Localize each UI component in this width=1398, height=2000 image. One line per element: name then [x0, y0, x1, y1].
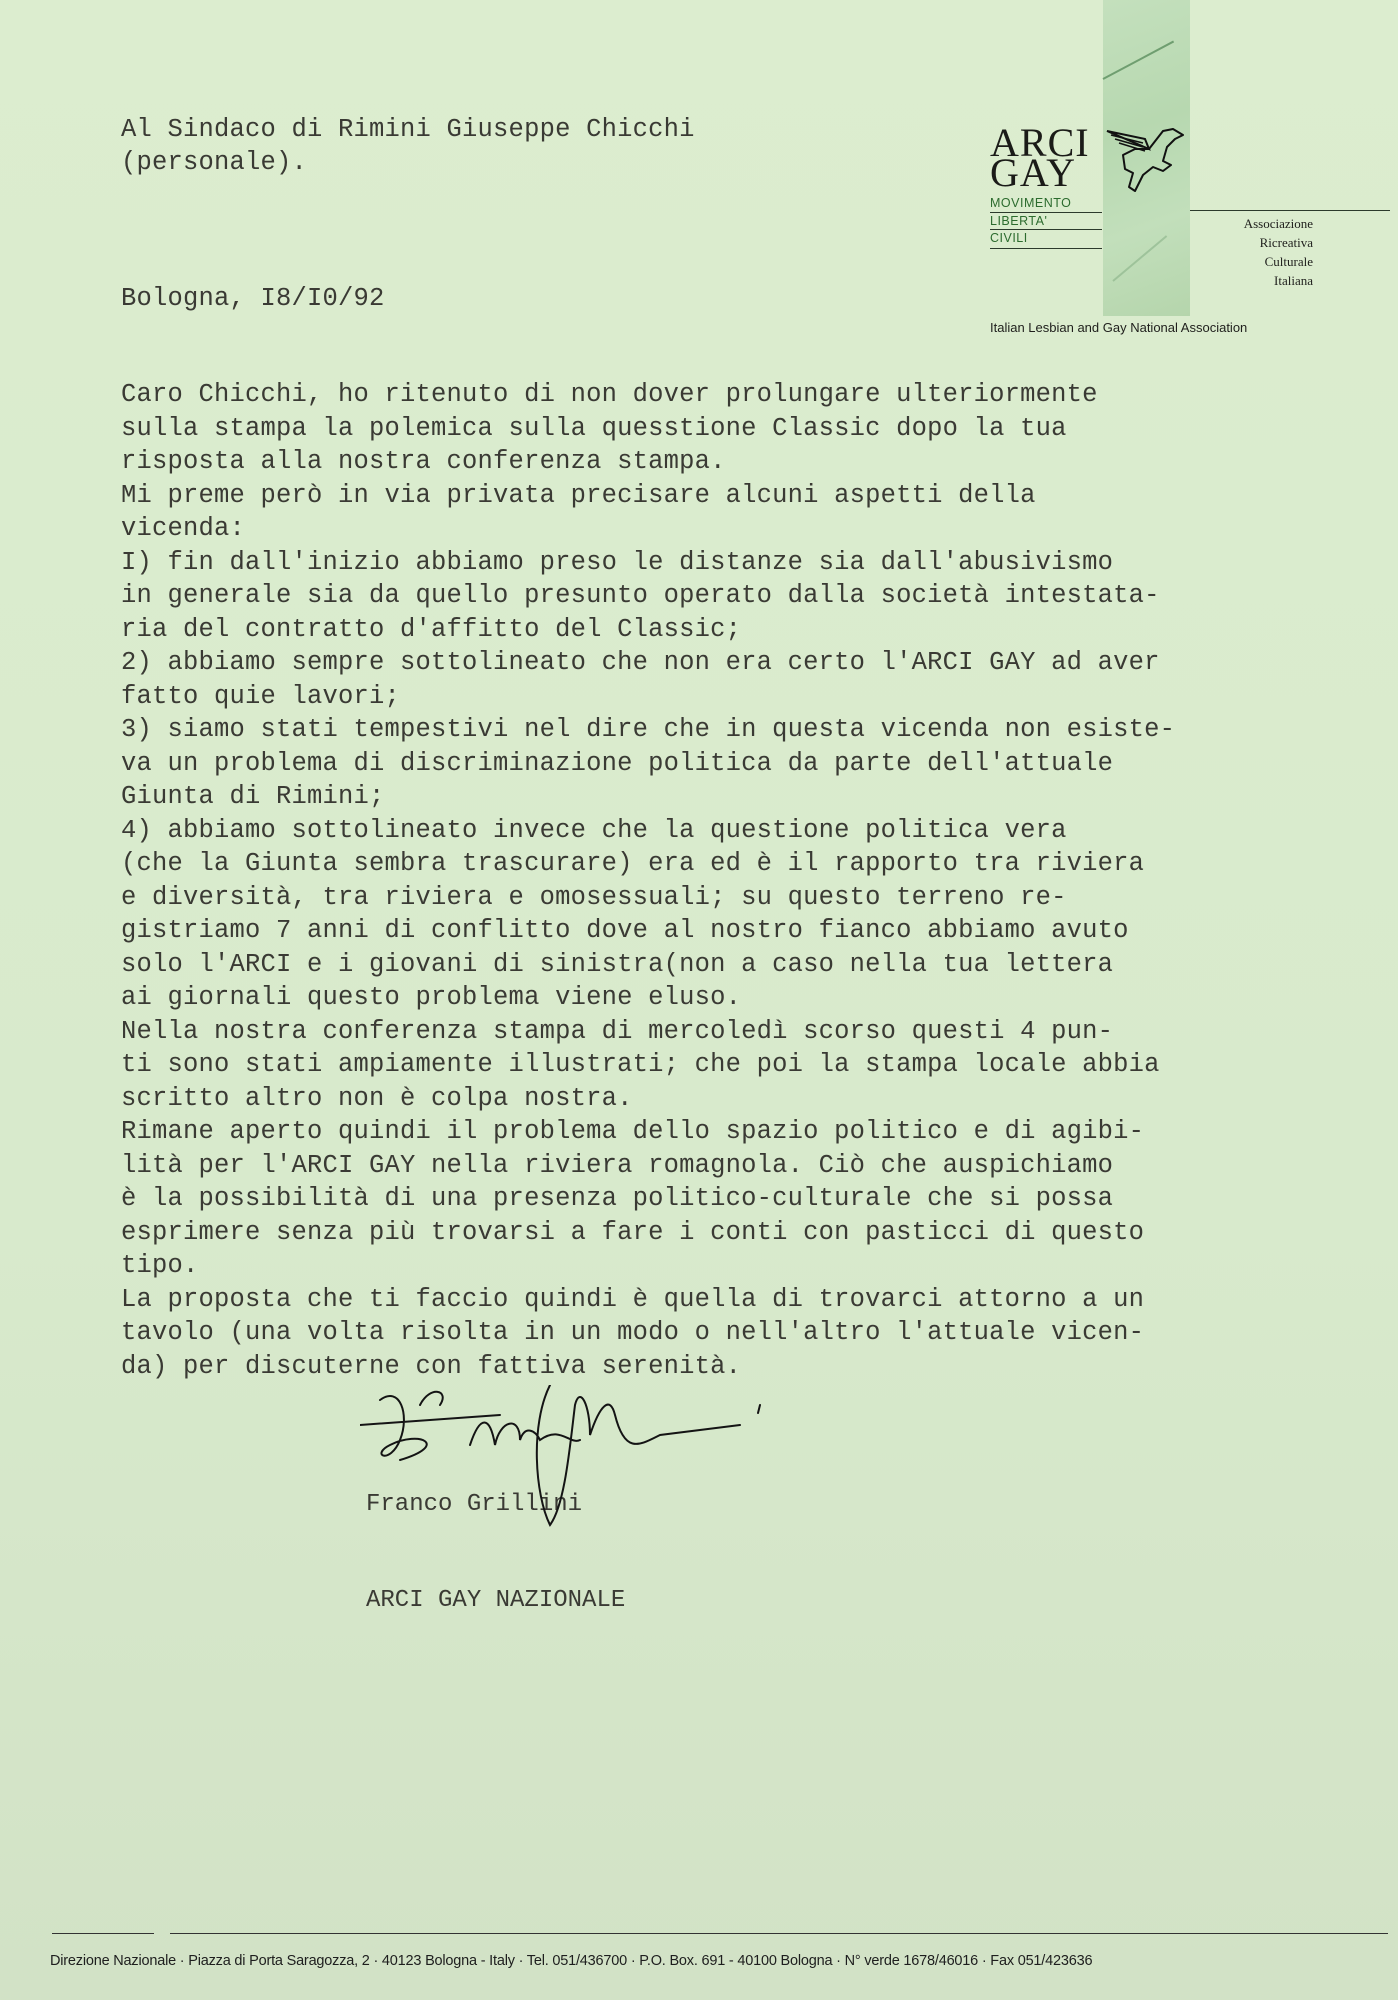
letter-body: Caro Chicchi, ho ritenuto di non dover p…	[121, 378, 1175, 1383]
logo-subtitle-1: MOVIMENTO	[990, 196, 1071, 210]
body-line: solo l'ARCI e i giovani di sinistra(non …	[121, 948, 1175, 982]
association-line: Associazione	[1244, 214, 1313, 233]
logo-subtitle-2: LIBERTA'	[990, 214, 1047, 228]
body-line: 3) siamo stati tempestivi nel dire che i…	[121, 713, 1175, 747]
body-line: 2) abbiamo sempre sottolineato che non e…	[121, 646, 1175, 680]
association-line: Ricreativa	[1244, 233, 1313, 252]
body-line: scritto altro non è colpa nostra.	[121, 1082, 1175, 1116]
body-line: in generale sia da quello presunto opera…	[121, 579, 1175, 613]
stripe-streak	[1103, 41, 1175, 80]
pegasus-icon	[1105, 125, 1189, 195]
body-line: è la possibilità di una presenza politic…	[121, 1182, 1175, 1216]
recipient-line: (personale).	[121, 146, 307, 180]
body-line: Mi preme però in via privata precisare a…	[121, 479, 1175, 513]
body-line: ai giornali questo problema viene eluso.	[121, 981, 1175, 1015]
association-line: Italiana	[1244, 271, 1313, 290]
body-line: fatto quie lavori;	[121, 680, 1175, 714]
body-line: ti sono stati ampiamente illustrati; che…	[121, 1048, 1175, 1082]
body-line: La proposta che ti faccio quindi è quell…	[121, 1283, 1175, 1317]
body-line: gistriamo 7 anni di conflitto dove al no…	[121, 914, 1175, 948]
divider	[990, 248, 1102, 249]
body-line: sulla stampa la polemica sulla quesstion…	[121, 412, 1175, 446]
body-line: Rimane aperto quindi il problema dello s…	[121, 1115, 1175, 1149]
footer-rule	[170, 1933, 1388, 1934]
divider	[990, 229, 1102, 230]
body-line: (che la Giunta sembra trascurare) era ed…	[121, 847, 1175, 881]
body-line: e diversità, tra riviera e omosessuali; …	[121, 881, 1175, 915]
body-line: va un problema di discriminazione politi…	[121, 747, 1175, 781]
body-line: da) per discuterne con fattiva serenità.	[121, 1350, 1175, 1384]
recipient-line: Al Sindaco di Rimini Giuseppe Chicchi	[121, 113, 695, 147]
footer-rule	[52, 1933, 154, 1934]
body-line: Giunta di Rimini;	[121, 780, 1175, 814]
body-line: risposta alla nostra conferenza stampa.	[121, 445, 1175, 479]
footer-address: Direzione Nazionale · Piazza di Porta Sa…	[50, 1953, 1092, 1969]
body-line: tavolo (una volta risolta in un modo o n…	[121, 1316, 1175, 1350]
body-line: 4) abbiamo sottolineato invece che la qu…	[121, 814, 1175, 848]
body-line: vicenda:	[121, 512, 1175, 546]
association-block: Associazione Ricreativa Culturale Italia…	[1244, 214, 1313, 290]
divider	[1190, 210, 1390, 211]
body-line: Caro Chicchi, ho ritenuto di non dover p…	[121, 378, 1175, 412]
body-line: I) fin dall'inizio abbiamo preso le dist…	[121, 546, 1175, 580]
body-line: Nella nostra conferenza stampa di mercol…	[121, 1015, 1175, 1049]
letterhead-tagline: Italian Lesbian and Gay National Associa…	[990, 320, 1247, 335]
stripe-streak	[1112, 235, 1167, 282]
handwritten-signature	[360, 1385, 880, 1535]
logo-wordmark: ARCI GAY	[990, 128, 1090, 188]
date-line: Bologna, I8/I0/92	[121, 282, 385, 316]
signer-organization: ARCI GAY NAZIONALE	[366, 1585, 625, 1617]
body-line: tipo.	[121, 1249, 1175, 1283]
logo-subtitle-3: CIVILI	[990, 231, 1028, 245]
body-line: lità per l'ARCI GAY nella riviera romagn…	[121, 1149, 1175, 1183]
body-line: ria del contratto d'affitto del Classic;	[121, 613, 1175, 647]
logo-gay: GAY	[990, 158, 1090, 188]
divider	[990, 212, 1102, 213]
body-line: esprimere senza più trovarsi a fare i co…	[121, 1216, 1175, 1250]
association-line: Culturale	[1244, 252, 1313, 271]
